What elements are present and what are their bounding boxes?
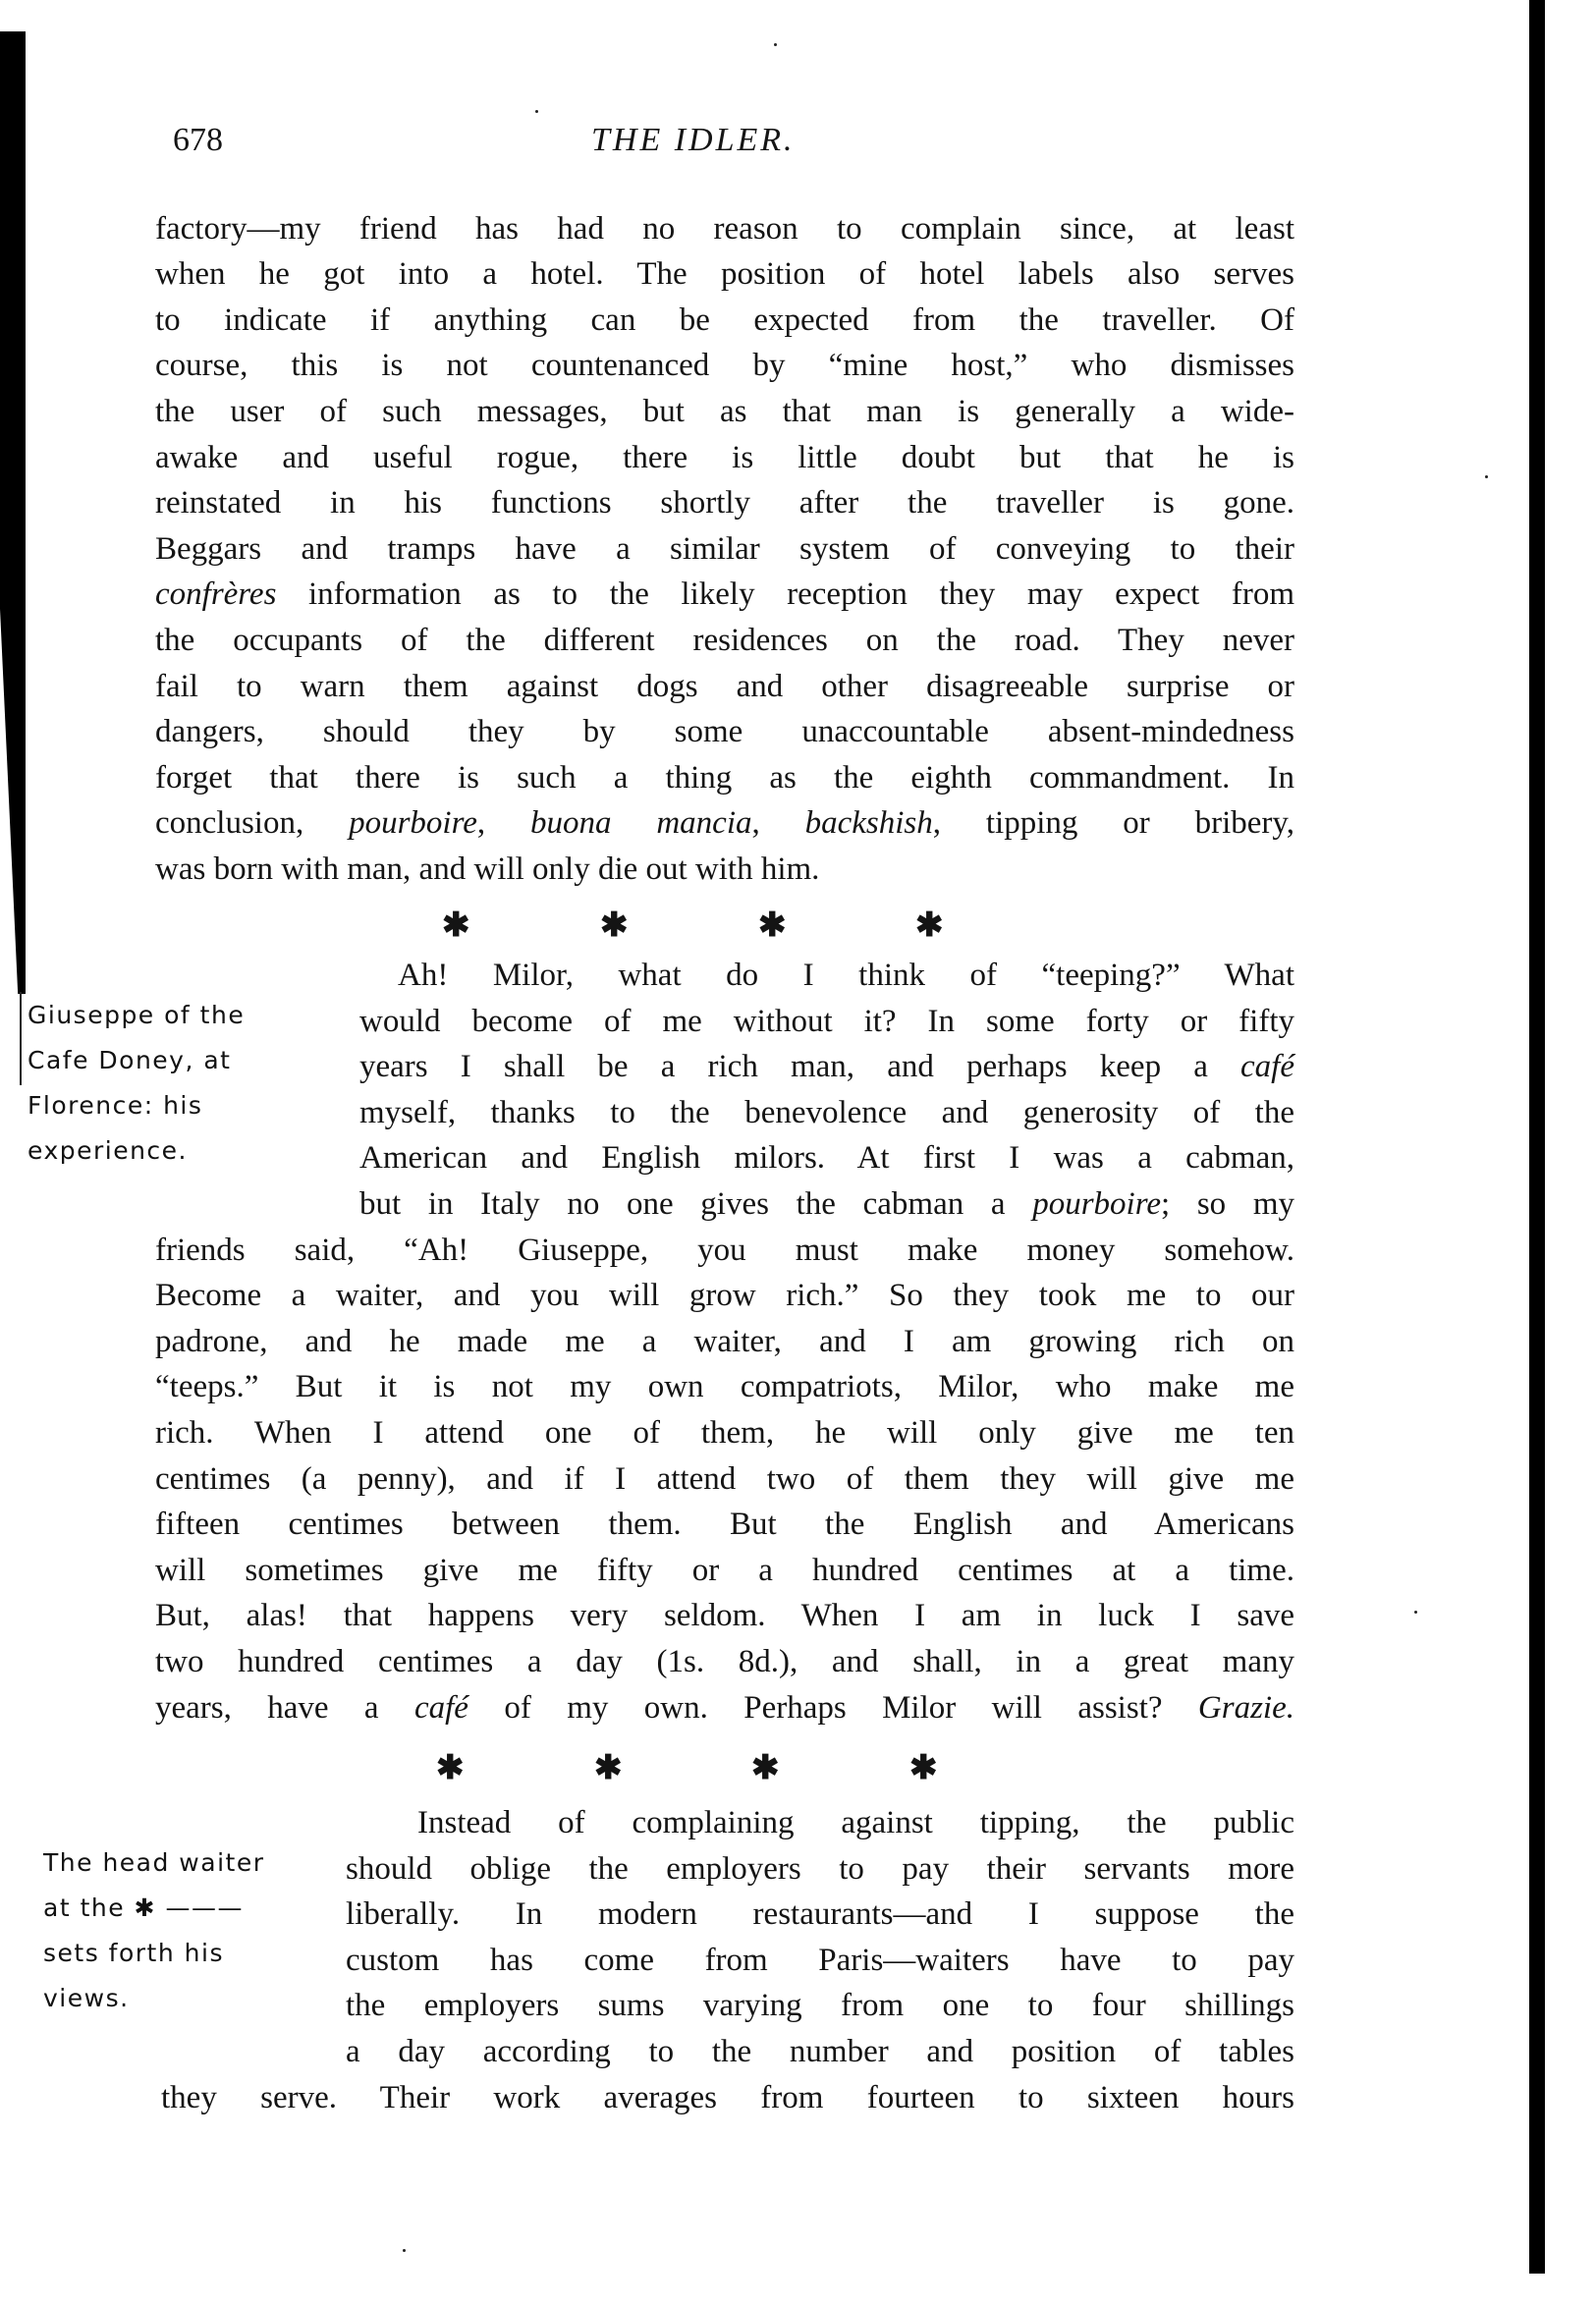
asterisk-icon: ✱: [442, 906, 470, 945]
text-line: the employers sums varying from one to f…: [346, 1983, 1294, 2028]
text-span: information as to the likely reception t…: [276, 576, 1294, 612]
italic-term: pourboire: [1032, 1186, 1161, 1222]
text-line: centimes (a penny), and if I attend two …: [155, 1456, 1294, 1502]
text-line: “teeps.” But it is not my own compatriot…: [155, 1364, 1294, 1409]
text-line: conclusion, pourboire, buona mancia, bac…: [155, 800, 1294, 846]
scan-speck: [1414, 1611, 1417, 1614]
running-header: 678 THE IDLER.: [0, 122, 1596, 165]
page-number: 678: [173, 122, 223, 159]
italic-term: pourboire: [349, 805, 477, 841]
text-line: Beggars and tramps have a similar system…: [155, 526, 1294, 572]
text-line: But, alas! that happens very seldom. Whe…: [155, 1593, 1294, 1638]
asterisk-icon: ✱: [915, 906, 944, 945]
margin-note-line: Florence: his: [28, 1083, 245, 1128]
text-line: the occupants of the different residence…: [155, 618, 1294, 663]
margin-note-line: experience.: [28, 1128, 245, 1174]
scan-speck: [774, 43, 777, 46]
italic-term: café: [1240, 1049, 1294, 1084]
margin-note-line: Giuseppe of the: [28, 993, 245, 1038]
text-line: fail to warn them against dogs and other…: [155, 664, 1294, 709]
italic-term: Grazie.: [1198, 1690, 1294, 1726]
scan-speck: [535, 110, 538, 113]
text-span: ; so my: [1161, 1186, 1294, 1222]
text-line: the user of such messages, but as that m…: [155, 389, 1294, 434]
italic-term: backshish: [805, 805, 933, 841]
margin-note-head-waiter: The head waiter at the ✱ ——— sets forth …: [43, 1840, 264, 2021]
text-line: to indicate if anything can be expected …: [155, 298, 1294, 343]
text-line: padrone, and he made me a waiter, and I …: [155, 1319, 1294, 1364]
text-line: liberally. In modern restaurants—and I s…: [346, 1892, 1294, 1937]
right-margin-bar: [1529, 0, 1545, 2274]
asterisk-icon: ✱: [594, 1748, 623, 1787]
margin-note-giuseppe: Giuseppe of the Cafe Doney, at Florence:…: [28, 993, 245, 1174]
text-line: but in Italy no one gives the cabman a p…: [359, 1181, 1294, 1227]
text-line: they serve. Their work averages from fou…: [161, 2075, 1294, 2120]
text-line: two hundred centimes a day (1s. 8d.), an…: [155, 1639, 1294, 1684]
asterisk-icon: ✱: [751, 1748, 780, 1787]
text-line: fifteen centimes between them. But the E…: [155, 1502, 1294, 1547]
text-line: was born with man, and will only die out…: [155, 847, 1294, 892]
text-line: confrères information as to the likely r…: [155, 572, 1294, 617]
margin-note-line: Cafe Doney, at: [28, 1038, 245, 1083]
margin-note-line: sets forth his: [43, 1931, 264, 1976]
text-line: Instead of complaining against tipping, …: [417, 1800, 1294, 1845]
margin-note-line: at the ✱ ———: [43, 1886, 264, 1931]
text-line: years I shall be a rich man, and perhaps…: [359, 1044, 1294, 1089]
running-title: THE IDLER.: [591, 122, 796, 159]
asterisk-icon: ✱: [909, 1748, 938, 1787]
left-margin-bar: [0, 31, 26, 994]
text-line: reinstated in his functions shortly afte…: [155, 480, 1294, 525]
scan-speck: [403, 2249, 406, 2252]
asterisk-icon: ✱: [600, 906, 629, 945]
text-line: forget that there is such a thing as the…: [155, 755, 1294, 800]
asterisk-icon: ✱: [436, 1748, 465, 1787]
text-line: should oblige the employers to pay their…: [346, 1846, 1294, 1892]
text-span: years I shall be a rich man, and perhaps…: [359, 1049, 1240, 1084]
text-line: years, have a café of my own. Perhaps Mi…: [155, 1685, 1294, 1730]
italic-term: confrères: [155, 576, 276, 612]
left-margin-thin-line: [20, 992, 22, 1085]
scan-speck: [1485, 475, 1488, 478]
text-span: years, have a: [155, 1690, 414, 1726]
margin-note-line: views.: [43, 1976, 264, 2021]
text-span: ,: [752, 805, 805, 841]
text-line: custom has come from Paris—waiters have …: [346, 1938, 1294, 1983]
text-line: American and English milors. At first I …: [359, 1135, 1294, 1180]
text-line: will sometimes give me fifty or a hundre…: [155, 1548, 1294, 1593]
text-line: a day according to the number and positi…: [346, 2029, 1294, 2074]
text-span: of my own. Perhaps Milor will assist?: [468, 1690, 1198, 1726]
text-span: ,: [477, 805, 530, 841]
asterisk-icon: ✱: [758, 906, 787, 945]
text-line: awake and useful rogue, there is little …: [155, 435, 1294, 480]
margin-note-line: The head waiter: [43, 1840, 264, 1886]
text-line: factory—my friend has had no reason to c…: [155, 206, 1294, 251]
text-line: friends said, “Ah! Giuseppe, you must ma…: [155, 1228, 1294, 1273]
text-line: Ah! Milor, what do I think of “teeping?”…: [398, 953, 1294, 998]
text-span: , tipping or bribery,: [933, 805, 1294, 841]
text-line: rich. When I attend one of them, he will…: [155, 1410, 1294, 1455]
italic-term: café: [414, 1690, 468, 1726]
text-line: course, this is not countenanced by “min…: [155, 343, 1294, 388]
text-line: when he got into a hotel. The position o…: [155, 251, 1294, 297]
text-line: would become of me without it? In some f…: [359, 999, 1294, 1044]
italic-term: buona mancia: [530, 805, 752, 841]
text-span: but in Italy no one gives the cabman a: [359, 1186, 1032, 1222]
text-line: Become a waiter, and you will grow rich.…: [155, 1273, 1294, 1318]
text-line: dangers, should they by some unaccountab…: [155, 709, 1294, 754]
text-line: myself, thanks to the benevolence and ge…: [359, 1090, 1294, 1135]
text-span: conclusion,: [155, 805, 349, 841]
